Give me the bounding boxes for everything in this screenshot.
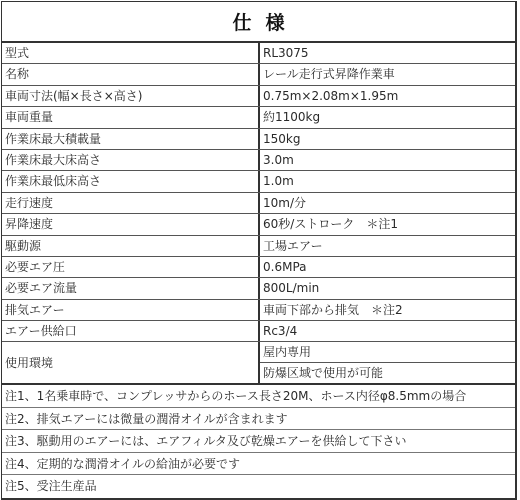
spec-value: Rc3/4 — [260, 321, 515, 341]
spec-label: 名称 — [2, 64, 260, 84]
note-item: 注4、定期的な潤滑オイルの給油が必要です — [2, 453, 515, 476]
spec-label: 排気エアー — [2, 300, 260, 320]
spec-label: 使用環境 — [2, 342, 260, 383]
spec-label: 型式 — [2, 43, 260, 63]
spec-label: 必要エア流量 — [2, 278, 260, 298]
spec-value: 60秒/ストローク ＊注1 — [260, 214, 515, 234]
spec-label: 駆動源 — [2, 236, 260, 256]
spec-value: 150kg — [260, 129, 515, 149]
spec-label: 昇降速度 — [2, 214, 260, 234]
spec-row-air-pressure: 必要エア圧 0.6MPa — [2, 257, 515, 278]
spec-value: 工場エアー — [260, 236, 515, 256]
note-item: 注3、駆動用のエアーには、エアフィルタ及び乾燥エアーを供給して下さい — [2, 430, 515, 453]
spec-row-air-flow: 必要エア流量 800L/min — [2, 278, 515, 299]
spec-row-max-height: 作業床最大床高さ 3.0m — [2, 150, 515, 171]
spec-row-dimensions: 車両寸法(幅×長さ×高さ) 0.75m×2.08m×1.95m — [2, 86, 515, 107]
spec-row-power-source: 駆動源 工場エアー — [2, 236, 515, 257]
spec-row-model: 型式 RL3075 — [2, 43, 515, 64]
spec-label: 車両寸法(幅×長さ×高さ) — [2, 86, 260, 106]
note-item: 注1、1名乗車時で、コンプレッサからのホース長さ20M、ホース内径φ8.5mmの… — [2, 385, 515, 408]
spec-row-lift-speed: 昇降速度 60秒/ストローク ＊注1 — [2, 214, 515, 235]
spec-value: 防爆区域で使用が可能 — [260, 363, 515, 383]
table-title: 仕様 — [2, 2, 515, 43]
spec-label: 作業床最大積載量 — [2, 129, 260, 149]
spec-row-name: 名称 レール走行式昇降作業車 — [2, 64, 515, 85]
spec-value: 約1100kg — [260, 107, 515, 127]
spec-label: エアー供給口 — [2, 321, 260, 341]
spec-value: RL3075 — [260, 43, 515, 63]
notes-section: 注1、1名乗車時で、コンプレッサからのホース長さ20M、ホース内径φ8.5mmの… — [2, 385, 515, 487]
spec-row-max-load: 作業床最大積載量 150kg — [2, 129, 515, 150]
note-item: 注2、排気エアーには微量の潤滑オイルが含まれます — [2, 408, 515, 431]
spec-label: 作業床最大床高さ — [2, 150, 260, 170]
note-item: 注5、受注生産品 — [2, 475, 515, 487]
spec-value: 3.0m — [260, 150, 515, 170]
spec-row-weight: 車両重量 約1100kg — [2, 107, 515, 128]
spec-label: 作業床最低床高さ — [2, 171, 260, 191]
spec-row-min-height: 作業床最低床高さ 1.0m — [2, 171, 515, 192]
spec-value: 車両下部から排気 ＊注2 — [260, 300, 515, 320]
spec-value: 10m/分 — [260, 193, 515, 213]
spec-values: 屋内専用 防爆区域で使用が可能 — [260, 342, 515, 383]
spec-row-air-inlet: エアー供給口 Rc3/4 — [2, 321, 515, 342]
spec-value: 0.75m×2.08m×1.95m — [260, 86, 515, 106]
spec-value: 1.0m — [260, 171, 515, 191]
spec-value: 800L/min — [260, 278, 515, 298]
spec-value: 0.6MPa — [260, 257, 515, 277]
spec-table: 仕様 型式 RL3075 名称 レール走行式昇降作業車 車両寸法(幅×長さ×高さ… — [1, 1, 517, 487]
spec-row-exhaust-air: 排気エアー 車両下部から排気 ＊注2 — [2, 300, 515, 321]
spec-label: 車両重量 — [2, 107, 260, 127]
spec-label: 必要エア圧 — [2, 257, 260, 277]
spec-value: 屋内専用 — [260, 342, 515, 363]
spec-value: レール走行式昇降作業車 — [260, 64, 515, 84]
spec-label: 走行速度 — [2, 193, 260, 213]
spec-row-environment: 使用環境 屋内専用 防爆区域で使用が可能 — [2, 342, 515, 385]
spec-row-travel-speed: 走行速度 10m/分 — [2, 193, 515, 214]
